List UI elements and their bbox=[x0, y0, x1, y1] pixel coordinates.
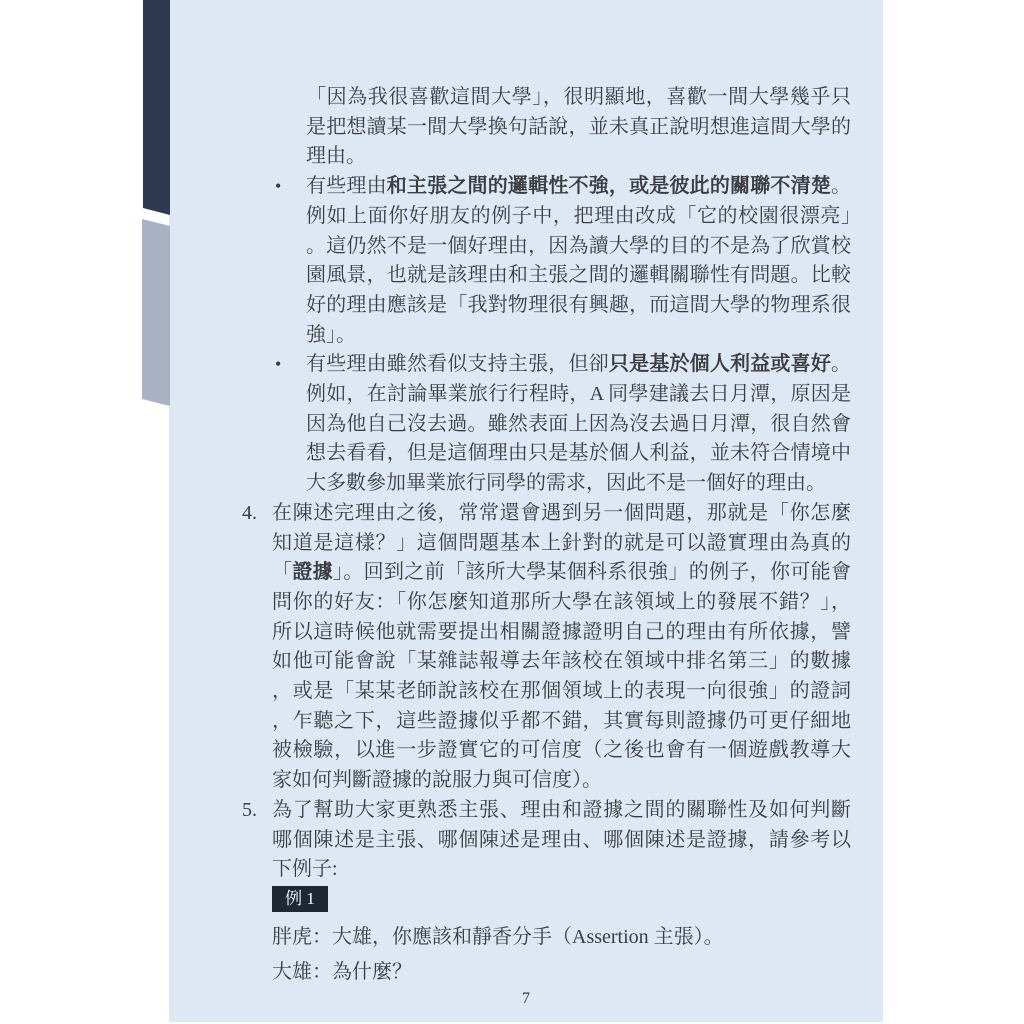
bullet-item: •有些理由雖然看似支持主張，但卻只是基於個人利益或喜好。例如，在討論畢業旅行行程… bbox=[275, 350, 851, 499]
example-label: 例 1 bbox=[272, 886, 328, 912]
content-flow: 「因為我很喜歡這間大學」，很明顯地，喜歡一間大學幾乎只是把想讀某一間大學換句話說… bbox=[242, 83, 851, 990]
numbered-item: 5.為了幫助大家更熟悉主張、理由和證據之間的關聯性及如何判斷哪個陳述是主張、哪個… bbox=[242, 796, 851, 885]
paragraph: 「因為我很喜歡這間大學」，很明顯地，喜歡一間大學幾乎只是把想讀某一間大學換句話說… bbox=[306, 83, 851, 172]
dialog-line: 胖虎：大雄，你應該和靜香分手（Assertion 主張）。 bbox=[272, 920, 851, 955]
sidebar-accent-dark-bar bbox=[143, 0, 170, 215]
numbered-item: 4.在陳述完理由之後，常常還會遇到另一個問題，那就是「你怎麼知道是這樣？」這個問… bbox=[242, 499, 851, 796]
canvas: { "palette":{ "page_bg":"#dde8f4", "acce… bbox=[0, 0, 1024, 1024]
text-run: 有些理由和主張之間的邏輯性不強，或是彼此的關聯不清楚。例如上面你好朋友的例子中，… bbox=[306, 172, 851, 350]
text-run: 胖虎：大雄，你應該和靜香分手（Assertion 主張）。 bbox=[272, 920, 851, 955]
page-footer: 7 bbox=[169, 990, 883, 1008]
page-number: 7 bbox=[522, 990, 530, 1007]
text-run: 為了幫助大家更熟悉主張、理由和證據之間的關聯性及如何判斷哪個陳述是主張、哪個陳述… bbox=[272, 796, 851, 885]
item-number: 4. bbox=[242, 499, 272, 796]
item-number: 5. bbox=[242, 796, 272, 885]
bullet-item: •有些理由和主張之間的邏輯性不強，或是彼此的關聯不清楚。例如上面你好朋友的例子中… bbox=[275, 172, 851, 350]
bullet-marker: • bbox=[275, 172, 306, 350]
text-run: 「因為我很喜歡這間大學」，很明顯地，喜歡一間大學幾乎只是把想讀某一間大學換句話說… bbox=[306, 83, 851, 172]
text-run: 在陳述完理由之後，常常還會遇到另一個問題，那就是「你怎麼知道是這樣？」這個問題基… bbox=[272, 499, 851, 796]
bullet-marker: • bbox=[275, 350, 306, 499]
text-run: 大雄：為什麼？ bbox=[272, 955, 851, 990]
text-run: 有些理由雖然看似支持主張，但卻只是基於個人利益或喜好。例如，在討論畢業旅行行程時… bbox=[306, 350, 851, 499]
dialog-line: 大雄：為什麼？ bbox=[272, 955, 851, 990]
sidebar-accent-light-bar bbox=[142, 219, 170, 406]
